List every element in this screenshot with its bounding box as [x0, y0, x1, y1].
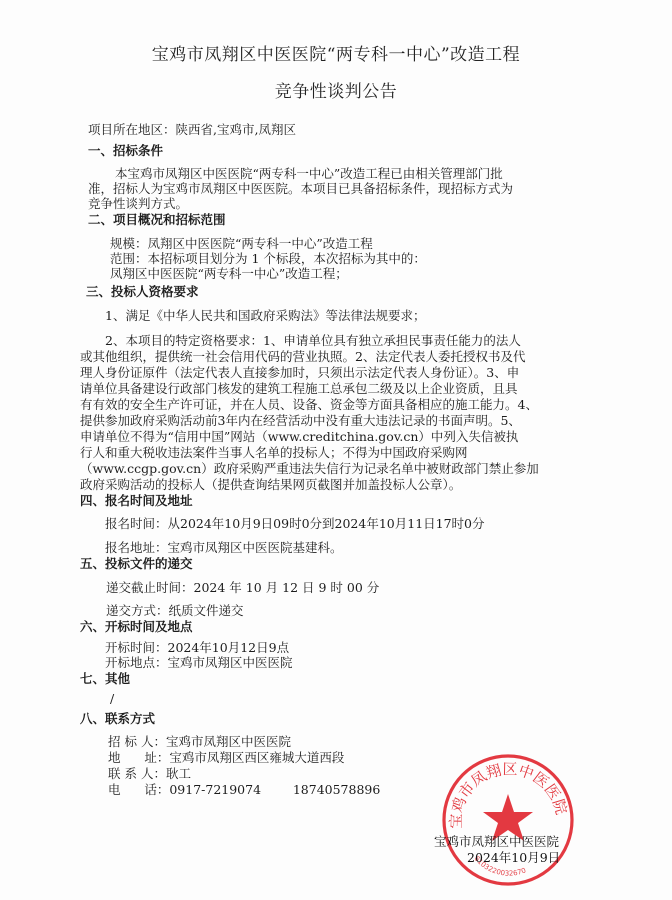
requirement-2: 有有效的安全生产许可证，并在人员、设备、资金等方面具备相应的施工能力。4、 [80, 397, 538, 412]
submission-deadline: 递交截止时间：2024 年 10 月 12 日 9 时 00 分 [106, 580, 379, 595]
contact-person: 联 系 人：耿工 [108, 766, 191, 781]
requirement-2: 行人和重大税收违法案件当事人名单的投标人；不得为中国政府采购网 [80, 445, 468, 460]
requirement-2: 提供参加政府采购活动前3年内在经营活动中没有重大违法记录的书面声明。5、 [80, 413, 521, 428]
requirement-2: 2、本项目的特定资格要求：1、申请单位具有独立承担民事责任能力的法人 [105, 333, 521, 348]
project-scope: 范围：本招标项目划分为 1 个标段，本次招标为其中的： [110, 251, 426, 266]
contact-phone: 电 话：0917-7219074 18740578896 [108, 782, 380, 797]
requirement-2: （www.ccgp.gov.cn）政府采购严重违法失信行为记录名单中被财政部门禁… [80, 461, 539, 476]
section-7-heading: 七、其他 [80, 671, 130, 686]
document-page: 宝鸡市凤翔区中医医院“两专科一中心”改造工程 竞争性谈判公告 项目所在地区：陕西… [0, 0, 672, 900]
section-1-text: 准，招标人为宝鸡市凤翔区中医医院。本项目已具备招标条件，现招标方式为 [88, 181, 513, 196]
contact-tenderer: 招 标 人：宝鸡市凤翔区中医医院 [108, 734, 291, 749]
requirement-2: 请单位具备建设行政部门核发的建筑工程施工总承包二级及以上企业资质，且具 [80, 381, 518, 396]
document-title: 宝鸡市凤翔区中医医院“两专科一中心”改造工程 [0, 40, 672, 65]
registration-time: 报名时间：从2024年10月9日09时0分到2024年10月11日17时0分 [105, 516, 485, 531]
opening-time: 开标时间：2024年10月12日9点 [105, 640, 289, 655]
official-seal-icon: 宝鸡市凤翔区中医医院 6103220032670 [440, 752, 576, 888]
section-6-heading: 六、开标时间及地点 [80, 619, 193, 634]
requirement-2: 政府采购活动的投标人（提供查询结果网页截图并加盖投标人公章）。 [80, 477, 461, 492]
project-scale: 规模：凤翔区中医医院“两专科一中心”改造工程 [110, 236, 373, 251]
section-5-heading: 五、投标文件的递交 [80, 556, 193, 571]
requirement-2: 申请单位不得为“信用中国”网站（www.creditchina.gov.cn）中… [80, 429, 518, 444]
signature-date: 2024年10月9日 [467, 848, 560, 866]
requirement-2: 或其他组织，提供统一社会信用代码的营业执照。2、法定代表人委托授权书及代 [80, 349, 525, 364]
project-location: 项目所在地区：陕西省,宝鸡市,凤翔区 [88, 122, 296, 137]
contact-address: 地 址：宝鸡市凤翔区西区雍城大道西段 [108, 750, 344, 765]
project-scope: 凤翔区中医医院“两专科一中心”改造工程； [110, 266, 348, 281]
section-8-heading: 八、联系方式 [80, 711, 155, 726]
document-subtitle: 竞争性谈判公告 [0, 77, 672, 102]
requirement-1: 1、满足《中华人民共和国政府采购法》等法律法规要求； [105, 308, 425, 323]
section-4-heading: 四、报名时间及地址 [80, 493, 193, 508]
submission-method: 递交方式：纸质文件递交 [106, 603, 244, 618]
opening-place: 开标地点：宝鸡市凤翔区中医医院 [105, 655, 293, 670]
section-1-heading: 一、招标条件 [88, 143, 163, 158]
requirement-2: 理人身份证原件（法定代表人直接参加时，只须出示法定代表人身份证）。3、申 [80, 365, 519, 380]
section-2-heading: 二、项目概况和招标范围 [88, 212, 226, 227]
section-1-text: 竞争性谈判方式。 [88, 196, 188, 211]
other-content: / [110, 691, 114, 706]
registration-address: 报名地址：宝鸡市凤翔区中医医院基建科。 [105, 540, 343, 555]
section-1-text: 本宝鸡市凤翔区中医医院“两专科一中心”改造工程已由相关管理部门批 [115, 166, 503, 181]
section-3-heading: 三、投标人资格要求 [86, 284, 199, 299]
